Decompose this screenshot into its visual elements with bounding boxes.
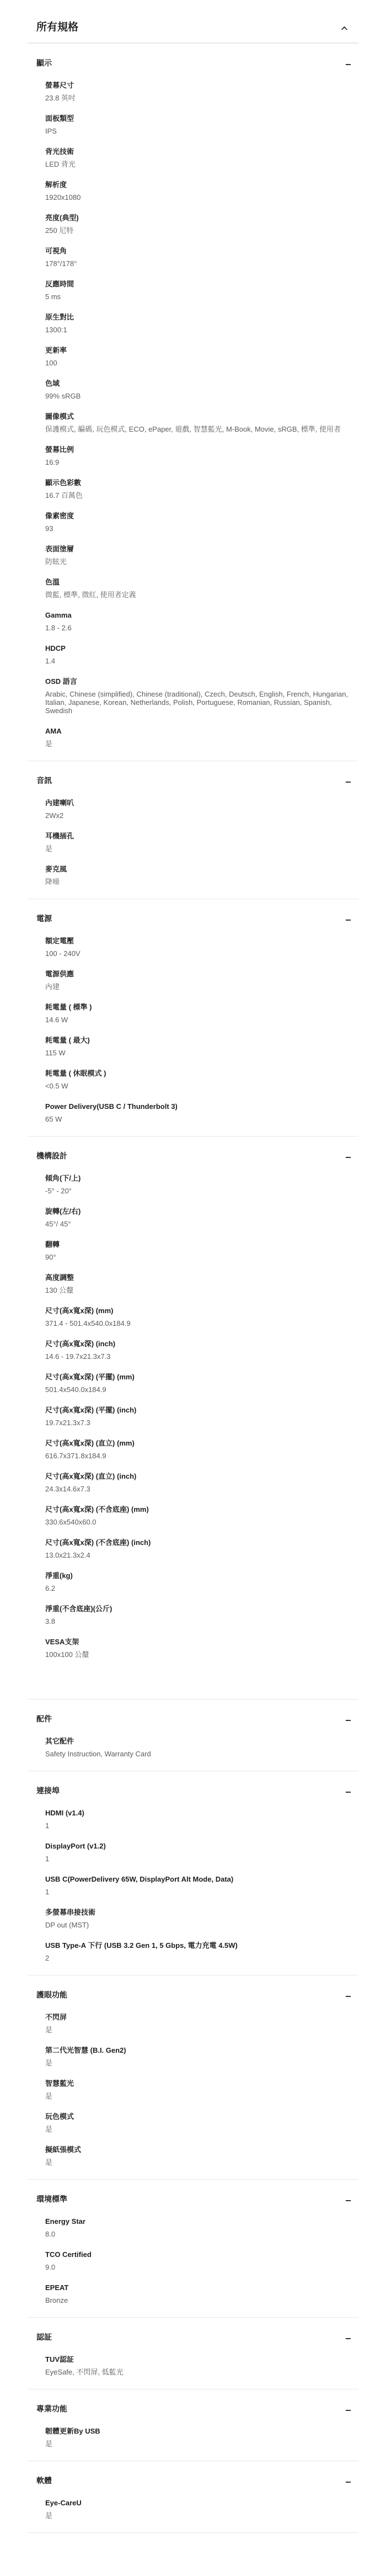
section-items: 不閃屏是第二代光智慧 (B.I. Gen2)是智慧藍光是玩色模式是擬紙張模式是 — [28, 2000, 358, 2179]
spec-item: 內建喇叭2Wx2 — [45, 798, 358, 820]
spec-item-label: 亮度(典型) — [45, 213, 358, 223]
spec-item-value: 是 — [45, 2511, 358, 2520]
spec-item-value: 6.2 — [45, 1584, 358, 1592]
section-header-toggle[interactable]: 顯示 — [28, 44, 358, 68]
section-title: 顯示 — [36, 57, 52, 68]
spec-item-value: 115 W — [45, 1049, 358, 1057]
spec-item-value: Safety Instruction, Warranty Card — [45, 1750, 358, 1758]
spec-item: 傾角(下/上)-5° - 20° — [45, 1173, 358, 1195]
spec-section: 電源額定電壓100 - 240V電源供應內建耗電量 ( 標準 )14.6 W耗電… — [28, 899, 358, 1136]
spec-item-label: 淨重(kg) — [45, 1571, 358, 1581]
spec-item: Energy Star8.0 — [45, 2217, 358, 2238]
spec-item: 面板類型IPS — [45, 114, 358, 135]
spec-item: 尺寸(高x寬x深) (平擺) (mm)501.4x540.0x184.9 — [45, 1372, 358, 1394]
spec-item-label: 多螢幕串接技術 — [45, 1908, 358, 1918]
spec-item-value: IPS — [45, 127, 358, 135]
spec-section: 連接埠HDMI (v1.4)1DisplayPort (v1.2)1USB C(… — [28, 1771, 358, 1975]
spec-item: 反應時間5 ms — [45, 279, 358, 301]
spec-item: 耗電量 ( 休眠模式 )<0.5 W — [45, 1069, 358, 1090]
spec-item: 可視角178°/178° — [45, 246, 358, 268]
spec-item-label: 原生對比 — [45, 312, 358, 322]
spec-item-label: TCO Certified — [45, 2250, 358, 2260]
spec-item-label: 旋轉(左/右) — [45, 1207, 358, 1217]
spec-item-value: 內建 — [45, 982, 358, 991]
spec-item-label: HDCP — [45, 644, 358, 654]
spec-item-value: 90° — [45, 1253, 358, 1261]
spec-item: 背光技術LED 背光 — [45, 147, 358, 168]
section-items: 額定電壓100 - 240V電源供應內建耗電量 ( 標準 )14.6 W耗電量 … — [28, 924, 358, 1136]
spec-item-value: 是 — [45, 2059, 358, 2067]
section-title: 環境標準 — [36, 2193, 67, 2205]
spec-item: 亮度(典型)250 尼特 — [45, 213, 358, 235]
spec-item-label: 耗電量 ( 最大) — [45, 1035, 358, 1045]
spec-item: 色溫微藍, 標準, 微紅, 使用者定義 — [45, 577, 358, 599]
spec-item: 表面塗層防眩光 — [45, 544, 358, 566]
section-title: 音訊 — [36, 775, 52, 786]
spec-item: Power Delivery(USB C / Thunderbolt 3)65 … — [45, 1102, 358, 1123]
spec-item-label: 可視角 — [45, 246, 358, 256]
spec-item-label: USB Type-A 下行 (USB 3.2 Gen 1, 5 Gbps, 電力… — [45, 1941, 358, 1951]
spec-item-label: 翻轉 — [45, 1240, 358, 1250]
spec-item-value: 是 — [45, 2440, 358, 2448]
spec-item: HDCP1.4 — [45, 644, 358, 665]
spec-item-value: 是 — [45, 2125, 358, 2133]
spec-item-value: 1 — [45, 1888, 358, 1896]
minus-icon[interactable] — [346, 2332, 351, 2342]
spec-item-label: 螢幕比例 — [45, 445, 358, 455]
spec-item-value: Arabic, Chinese (simplified), Chinese (t… — [45, 690, 358, 715]
spec-item-value: 1 — [45, 1855, 358, 1863]
spec-item-label: 電源供應 — [45, 969, 358, 979]
spec-item-value: 是 — [45, 2026, 358, 2034]
spec-item: AMA是 — [45, 726, 358, 748]
spec-item: OSD 語言Arabic, Chinese (simplified), Chin… — [45, 677, 358, 715]
section-header-toggle[interactable]: 環境標準 — [28, 2180, 358, 2205]
spec-item-value: 是 — [45, 740, 358, 748]
spec-item-value: 1300:1 — [45, 326, 358, 334]
spec-item-label: 尺寸(高x寬x深) (直立) (mm) — [45, 1438, 358, 1448]
spec-item-label: HDMI (v1.4) — [45, 1808, 358, 1818]
spec-item: 旋轉(左/右)45°/ 45° — [45, 1207, 358, 1228]
spec-item-label: OSD 語言 — [45, 677, 358, 687]
spec-section: 環境標準Energy Star8.0TCO Certified9.0EPEATB… — [28, 2179, 358, 2317]
minus-icon[interactable] — [346, 2404, 351, 2414]
spec-item: 多螢幕串接技術DP out (MST) — [45, 1908, 358, 1929]
spec-item-value: LED 背光 — [45, 160, 358, 168]
section-header-toggle[interactable]: 專業功能 — [28, 2389, 358, 2414]
spec-item-value: 100 - 240V — [45, 949, 358, 958]
spec-item-value: 45°/ 45° — [45, 1220, 358, 1228]
spec-item-label: 額定電壓 — [45, 936, 358, 946]
spec-item-value: 14.6 - 19.7x21.3x7.3 — [45, 1352, 358, 1361]
spec-item-label: Gamma — [45, 610, 358, 620]
spec-item-label: 玩色模式 — [45, 2112, 358, 2122]
spec-item-label: 尺寸(高x寬x深) (直立) (inch) — [45, 1472, 358, 1481]
spec-item: 圖像模式保護模式, 編碼, 玩色模式, ECO, ePaper, 遊戲, 智慧藍… — [45, 412, 358, 433]
spec-item: 擬紙張模式是 — [45, 2145, 358, 2166]
spec-item: 電源供應內建 — [45, 969, 358, 991]
page-title: 所有規格 — [36, 20, 78, 35]
spec-item-value: 1 — [45, 1821, 358, 1830]
spec-item: 更新率100 — [45, 346, 358, 367]
spec-item: 尺寸(高x寬x深) (直立) (mm)616.7x371.8x184.9 — [45, 1438, 358, 1460]
spec-item-label: 色域 — [45, 379, 358, 389]
spec-item: 像素密度93 — [45, 511, 358, 533]
spec-item-label: Power Delivery(USB C / Thunderbolt 3) — [45, 1102, 358, 1112]
spec-item-label: 顯示色彩數 — [45, 478, 358, 488]
section-title: 護眼功能 — [36, 1989, 67, 2000]
spec-item-label: AMA — [45, 726, 358, 736]
section-title: 軟體 — [36, 2475, 52, 2486]
minus-icon[interactable] — [346, 776, 351, 785]
minus-icon[interactable] — [346, 2476, 351, 2485]
minus-icon[interactable] — [346, 1151, 351, 1161]
spec-item-label: 智慧藍光 — [45, 2079, 358, 2089]
spec-item-value: 保護模式, 編碼, 玩色模式, ECO, ePaper, 遊戲, 智慧藍光, M… — [45, 425, 358, 433]
spec-item: 尺寸(高x寬x深) (不含底座) (mm)330.6x540x60.0 — [45, 1505, 358, 1526]
spec-item-label: 耗電量 ( 休眠模式 ) — [45, 1069, 358, 1079]
spec-item: 高度調整130 公釐 — [45, 1273, 358, 1294]
spec-item-value: 23.8 英吋 — [45, 94, 358, 102]
spec-item-value: 2 — [45, 1954, 358, 1962]
spec-item-label: 尺寸(高x寬x深) (平擺) (mm) — [45, 1372, 358, 1382]
section-title: 機構設計 — [36, 1150, 67, 1161]
spec-item-value: 13.0x21.3x2.4 — [45, 1551, 358, 1559]
spec-item-label: EPEAT — [45, 2283, 358, 2293]
section-items: 傾角(下/上)-5° - 20°旋轉(左/右)45°/ 45°翻轉90°高度調整… — [28, 1161, 358, 1699]
spec-item-value: 8.0 — [45, 2230, 358, 2238]
spec-item: 玩色模式是 — [45, 2112, 358, 2133]
spec-item-label: 像素密度 — [45, 511, 358, 521]
section-header-toggle[interactable]: 機構設計 — [28, 1136, 358, 1161]
spec-item-label: 麥克風 — [45, 864, 358, 874]
spec-item: 原生對比1300:1 — [45, 312, 358, 334]
spec-item-value: 99% sRGB — [45, 392, 358, 400]
section-header-toggle[interactable]: 電源 — [28, 899, 358, 924]
spec-item-value: 微藍, 標準, 微紅, 使用者定義 — [45, 591, 358, 599]
spec-item-value: 330.6x540x60.0 — [45, 1518, 358, 1526]
minus-icon[interactable] — [346, 1990, 351, 2000]
spec-item-label: 尺寸(高x寬x深) (不含底座) (inch) — [45, 1538, 358, 1548]
spec-item-label: 耳機插孔 — [45, 831, 358, 841]
spec-item: EPEATBronze — [45, 2283, 358, 2304]
section-title: 連接埠 — [36, 1785, 60, 1796]
spec-item-label: TUV認証 — [45, 2355, 358, 2365]
section-header-toggle[interactable]: 護眼功能 — [28, 1975, 358, 2000]
spec-item-value: 100 — [45, 359, 358, 367]
minus-icon[interactable] — [346, 2194, 351, 2204]
page-header: 所有規格 — [28, 20, 358, 35]
spec-item: 尺寸(高x寬x深) (mm)371.4 - 501.4x540.0x184.9 — [45, 1306, 358, 1327]
spec-item: 尺寸(高x寬x深) (直立) (inch)24.3x14.6x7.3 — [45, 1472, 358, 1493]
spec-item-value: 130 公釐 — [45, 1286, 358, 1294]
spec-item-value: 16.7 百萬色 — [45, 491, 358, 500]
spec-item-value: Bronze — [45, 2296, 358, 2304]
spec-item: 翻轉90° — [45, 1240, 358, 1261]
spec-item-value: 250 尼特 — [45, 226, 358, 235]
spec-item: TCO Certified9.0 — [45, 2250, 358, 2271]
section-header-toggle[interactable]: 配件 — [28, 1699, 358, 1724]
spec-item: 額定電壓100 - 240V — [45, 936, 358, 958]
spec-item: 耗電量 ( 標準 )14.6 W — [45, 1002, 358, 1024]
section-title: 認証 — [36, 2331, 52, 2343]
spec-item: 耗電量 ( 最大)115 W — [45, 1035, 358, 1057]
section-header-toggle[interactable]: 軟體 — [28, 2461, 358, 2486]
section-title: 配件 — [36, 1713, 52, 1724]
spec-item-label: Eye-CareU — [45, 2498, 358, 2508]
section-divider — [28, 2532, 358, 2533]
spec-item: Eye-CareU是 — [45, 2498, 358, 2520]
spec-item-value: DP out (MST) — [45, 1921, 358, 1929]
spec-item-label: 尺寸(高x寬x深) (不含底座) (mm) — [45, 1505, 358, 1515]
spec-item: DisplayPort (v1.2)1 — [45, 1841, 358, 1863]
spec-section: 軟體Eye-CareU是 — [28, 2461, 358, 2532]
section-title: 專業功能 — [36, 2403, 67, 2414]
spec-item-label: VESA支架 — [45, 1637, 358, 1647]
section-items: 螢幕尺寸23.8 英吋面板類型IPS背光技術LED 背光解析度1920x1080… — [28, 68, 358, 761]
minus-icon[interactable] — [346, 913, 351, 923]
spec-item: 顯示色彩數16.7 百萬色 — [45, 478, 358, 500]
spec-item-label: 更新率 — [45, 346, 358, 355]
spec-item: 螢幕尺寸23.8 英吋 — [45, 81, 358, 102]
spec-item: 不閃屏是 — [45, 2012, 358, 2034]
minus-icon[interactable] — [346, 1714, 351, 1724]
spec-item-label: USB C(PowerDelivery 65W, DisplayPort Alt… — [45, 1874, 358, 1884]
spec-item-value: 3.8 — [45, 1617, 358, 1626]
spec-item: 尺寸(高x寬x深) (不含底座) (inch)13.0x21.3x2.4 — [45, 1538, 358, 1559]
spec-section: 認証TUV認証EyeSafe, 不閃屏, 低藍光 — [28, 2317, 358, 2389]
section-header-toggle[interactable]: 音訊 — [28, 761, 358, 786]
spec-item-label: 韌體更新By USB — [45, 2426, 358, 2436]
minus-icon[interactable] — [346, 58, 351, 68]
all-specs-panel: 所有規格 顯示螢幕尺寸23.8 英吋面板類型IPS背光技術LED 背光解析度19… — [0, 0, 386, 2541]
spec-item-label: 不閃屏 — [45, 2012, 358, 2022]
section-items: Eye-CareU是 — [28, 2486, 358, 2532]
spec-item-label: 反應時間 — [45, 279, 358, 289]
spec-item-label: 圖像模式 — [45, 412, 358, 422]
spec-item: 耳機插孔是 — [45, 831, 358, 853]
spec-item: 淨重(不含底座)(公斤)3.8 — [45, 1604, 358, 1626]
spec-item-value: 9.0 — [45, 2263, 358, 2271]
collapse-all-button[interactable] — [340, 23, 349, 33]
section-items: 內建喇叭2Wx2耳機插孔是麥克風降噪 — [28, 786, 358, 899]
spec-item-label: 第二代光智慧 (B.I. Gen2) — [45, 2046, 358, 2056]
spec-item-value: 24.3x14.6x7.3 — [45, 1485, 358, 1493]
spec-item: 麥克風降噪 — [45, 864, 358, 886]
spec-section: 配件其它配件Safety Instruction, Warranty Card — [28, 1699, 358, 1771]
spec-sections: 顯示螢幕尺寸23.8 英吋面板類型IPS背光技術LED 背光解析度1920x10… — [28, 43, 358, 2533]
spec-item: 第二代光智慧 (B.I. Gen2)是 — [45, 2046, 358, 2067]
spec-item-label: 內建喇叭 — [45, 798, 358, 808]
section-items: 其它配件Safety Instruction, Warranty Card — [28, 1724, 358, 1771]
spec-item: 螢幕比例16:9 — [45, 445, 358, 466]
section-items: TUV認証EyeSafe, 不閃屏, 低藍光 — [28, 2343, 358, 2389]
spec-item-value: 371.4 - 501.4x540.0x184.9 — [45, 1319, 358, 1327]
spec-section: 護眼功能不閃屏是第二代光智慧 (B.I. Gen2)是智慧藍光是玩色模式是擬紙張… — [28, 1975, 358, 2179]
spec-item: 尺寸(高x寬x深) (inch)14.6 - 19.7x21.3x7.3 — [45, 1339, 358, 1361]
section-header-toggle[interactable]: 連接埠 — [28, 1771, 358, 1796]
spec-item: 解析度1920x1080 — [45, 180, 358, 201]
spec-item-label: 解析度 — [45, 180, 358, 190]
minus-icon[interactable] — [346, 1786, 351, 1796]
spec-item: Gamma1.8 - 2.6 — [45, 610, 358, 632]
spec-item-label: 其它配件 — [45, 1736, 358, 1746]
spec-item-value: 1.8 - 2.6 — [45, 624, 358, 632]
spec-section: 音訊內建喇叭2Wx2耳機插孔是麥克風降噪 — [28, 761, 358, 899]
spec-item-value: 5 ms — [45, 293, 358, 301]
spec-item: 其它配件Safety Instruction, Warranty Card — [45, 1736, 358, 1758]
spec-section: 專業功能韌體更新By USB是 — [28, 2389, 358, 2461]
spec-item-label: 尺寸(高x寬x深) (inch) — [45, 1339, 358, 1349]
spec-item-value: 616.7x371.8x184.9 — [45, 1452, 358, 1460]
spec-item: 色域99% sRGB — [45, 379, 358, 400]
spec-item-label: 背光技術 — [45, 147, 358, 157]
spec-item-label: 面板類型 — [45, 114, 358, 124]
spec-item-value: 16:9 — [45, 458, 358, 466]
spec-item: USB C(PowerDelivery 65W, DisplayPort Alt… — [45, 1874, 358, 1896]
spec-item-label: 尺寸(高x寬x深) (平擺) (inch) — [45, 1405, 358, 1415]
spec-item-value: 501.4x540.0x184.9 — [45, 1385, 358, 1394]
spec-item: TUV認証EyeSafe, 不閃屏, 低藍光 — [45, 2355, 358, 2376]
spec-item-label: 耗電量 ( 標準 ) — [45, 1002, 358, 1012]
section-items: HDMI (v1.4)1DisplayPort (v1.2)1USB C(Pow… — [28, 1796, 358, 1975]
spec-item-label: 表面塗層 — [45, 544, 358, 554]
spec-item-value: 65 W — [45, 1115, 358, 1123]
spec-item-value: 是 — [45, 2158, 358, 2166]
spec-item-value: 防眩光 — [45, 557, 358, 566]
spec-item-label: 螢幕尺寸 — [45, 81, 358, 91]
spec-item-label: 高度調整 — [45, 1273, 358, 1283]
spec-item-value: 2Wx2 — [45, 811, 358, 820]
section-items: Energy Star8.0TCO Certified9.0EPEATBronz… — [28, 2205, 358, 2317]
spec-item-value: 是 — [45, 2092, 358, 2100]
spec-item: VESA支架100x100 公釐 — [45, 1637, 358, 1659]
spec-item-value: 178°/178° — [45, 259, 358, 268]
spec-section: 顯示螢幕尺寸23.8 英吋面板類型IPS背光技術LED 背光解析度1920x10… — [28, 43, 358, 761]
section-title: 電源 — [36, 913, 52, 924]
spec-item-value: 93 — [45, 524, 358, 533]
spec-item: USB Type-A 下行 (USB 3.2 Gen 1, 5 Gbps, 電力… — [45, 1941, 358, 1962]
spec-item-value: -5° - 20° — [45, 1187, 358, 1195]
spec-item-value: <0.5 W — [45, 1082, 358, 1090]
spec-item: 淨重(kg)6.2 — [45, 1571, 358, 1592]
section-header-toggle[interactable]: 認証 — [28, 2318, 358, 2343]
spec-item-label: 尺寸(高x寬x深) (mm) — [45, 1306, 358, 1316]
spec-item-value: 14.6 W — [45, 1016, 358, 1024]
spec-item-value: 降噪 — [45, 878, 358, 886]
spec-item-value: 是 — [45, 844, 358, 853]
spec-item-label: 色溫 — [45, 577, 358, 587]
spec-item-value: EyeSafe, 不閃屏, 低藍光 — [45, 2368, 358, 2376]
spec-item-label: Energy Star — [45, 2217, 358, 2227]
spec-item-value: 1920x1080 — [45, 193, 358, 201]
spec-item: HDMI (v1.4)1 — [45, 1808, 358, 1830]
spec-item: 智慧藍光是 — [45, 2079, 358, 2100]
spec-item-label: 淨重(不含底座)(公斤) — [45, 1604, 358, 1614]
spec-section: 機構設計傾角(下/上)-5° - 20°旋轉(左/右)45°/ 45°翻轉90°… — [28, 1136, 358, 1699]
spec-item-value: 1.4 — [45, 657, 358, 665]
spec-item: 韌體更新By USB是 — [45, 2426, 358, 2448]
spec-item-label: 擬紙張模式 — [45, 2145, 358, 2155]
spec-item-label: 傾角(下/上) — [45, 1173, 358, 1183]
spec-item: 尺寸(高x寬x深) (平擺) (inch)19.7x21.3x7.3 — [45, 1405, 358, 1427]
section-items: 韌體更新By USB是 — [28, 2414, 358, 2461]
spec-item-value: 100x100 公釐 — [45, 1650, 358, 1659]
spec-item-label: DisplayPort (v1.2) — [45, 1841, 358, 1851]
chevron-up-icon — [341, 24, 347, 32]
spec-item-value: 19.7x21.3x7.3 — [45, 1419, 358, 1427]
